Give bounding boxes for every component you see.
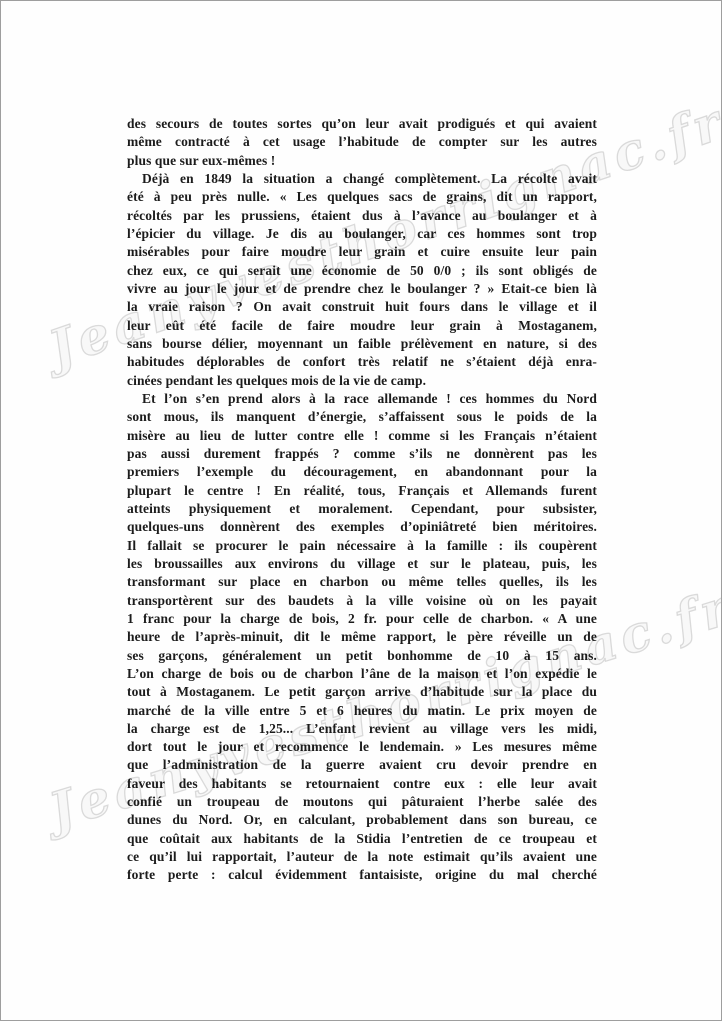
text-line: des secours de toutes sortes qu’on leur … bbox=[127, 115, 597, 133]
text-line: plus que sur eux-mêmes ! bbox=[127, 152, 597, 170]
text-line: été à peu près nulle. « Les quelques sac… bbox=[127, 188, 597, 206]
text-line: marché de la ville entre 5 et 6 heures d… bbox=[127, 702, 597, 720]
text-line: premiers l’exemple du découragement, en … bbox=[127, 463, 597, 481]
text-line: L’on charge de bois ou de charbon l’âne … bbox=[127, 665, 597, 683]
text-line: chez eux, ce qui serait une économie de … bbox=[127, 262, 597, 280]
text-line: ce qu’il lui rapportait, l’auteur de la … bbox=[127, 848, 597, 866]
text-line: pas aussi durement frappés ? comme s’ils… bbox=[127, 445, 597, 463]
text-line: sans bourse délier, moyennant un faible … bbox=[127, 335, 597, 353]
text-line: Déjà en 1849 la situation a changé compl… bbox=[127, 170, 597, 188]
text-block: des secours de toutes sortes qu’on leur … bbox=[127, 115, 597, 885]
text-line: leur eût été facile de faire moudre leur… bbox=[127, 317, 597, 335]
text-line: habitudes déplorables de confort très re… bbox=[127, 353, 597, 371]
text-line: plupart le centre ! En réalité, tous, Fr… bbox=[127, 482, 597, 500]
text-line: transportèrent sur des baudets à la vill… bbox=[127, 592, 597, 610]
text-line: atteints physiquement et moralement. Cep… bbox=[127, 500, 597, 518]
text-line: même contracté à cet usage l’habitude de… bbox=[127, 133, 597, 151]
text-line: quelques-uns donnèrent des exemples d’op… bbox=[127, 518, 597, 536]
text-line: faveur des habitants se retournaient con… bbox=[127, 775, 597, 793]
text-line: transformant sur place en charbon ou mêm… bbox=[127, 573, 597, 591]
text-line: que coûtait aux habitants de la Stidia l… bbox=[127, 830, 597, 848]
text-line: misérables pour faire moudre leur grain … bbox=[127, 243, 597, 261]
text-line: récoltés par les prussiens, étaient dus … bbox=[127, 207, 597, 225]
text-line: forte perte : calcul évidemment fantaisi… bbox=[127, 866, 597, 884]
text-line: que l’administration de la guerre avaien… bbox=[127, 756, 597, 774]
text-line: les broussailles aux environs du village… bbox=[127, 555, 597, 573]
text-line: 1 franc pour la charge de bois, 2 fr. po… bbox=[127, 610, 597, 628]
text-line: Et l’on s’en prend alors à la race allem… bbox=[127, 390, 597, 408]
text-line: ses garçons, généralement un petit bonho… bbox=[127, 647, 597, 665]
text-line: sont mous, ils manquent d’énergie, s’aff… bbox=[127, 408, 597, 426]
text-line: Il fallait se procurer le pain nécessair… bbox=[127, 537, 597, 555]
text-line: l’épicier du village. Je dis au boulange… bbox=[127, 225, 597, 243]
text-line: tout à Mostaganem. Le petit garçon arriv… bbox=[127, 683, 597, 701]
text-line: cinées pendant les quelques mois de la v… bbox=[127, 372, 597, 390]
text-line: la charge est de 1,25... L’enfant revien… bbox=[127, 720, 597, 738]
text-line: dort tout le jour et recommence le lende… bbox=[127, 738, 597, 756]
scanned-book-page: Jeanyvesthorrignac.fr Jeanyvesthorrignac… bbox=[0, 0, 722, 1021]
text-line: la vraie raison ? On avait construit hui… bbox=[127, 298, 597, 316]
text-line: misère au lieu de lutter contre elle ! c… bbox=[127, 427, 597, 445]
text-line: vivre au jour le jour et de prendre chez… bbox=[127, 280, 597, 298]
text-line: confié un troupeau de moutons qui pâtura… bbox=[127, 793, 597, 811]
text-line: heure de l’après-minuit, dit le même rap… bbox=[127, 628, 597, 646]
text-line: dunes du Nord. Or, en calculant, probabl… bbox=[127, 811, 597, 829]
